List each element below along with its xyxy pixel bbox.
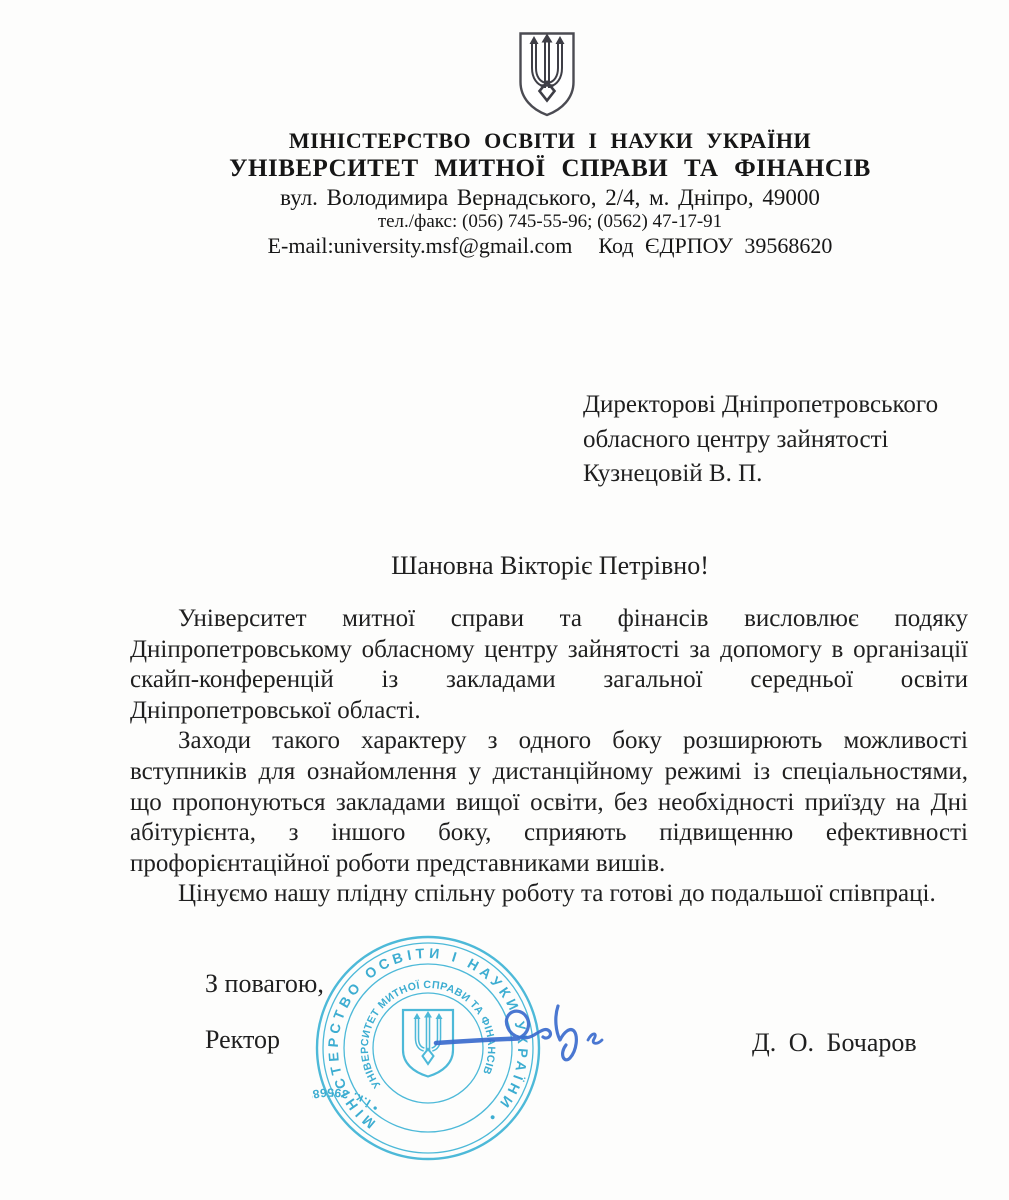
recipient-line-2: обласного центру зайнятості [583, 423, 973, 458]
email-edrpou-line: E-mail:university.msf@gmail.comКод ЄДРПО… [110, 233, 990, 259]
body-line: Цінуємо нашу плідну спільну роботу та го… [130, 879, 968, 910]
sender-title: Ректор [205, 1025, 280, 1055]
recipient-line-3: Кузнецовій В. П. [583, 457, 973, 492]
sender-name: Д. О. Бочаров [752, 1028, 917, 1058]
email-text: E-mail:university.msf@gmail.com [268, 233, 573, 258]
body-line: вступників для ознайомлення у дистанційн… [130, 757, 968, 788]
body-line: профорієнтаційної роботи представниками … [130, 849, 968, 880]
salutation: Шановна Вікторіє Петрівно! [130, 551, 970, 581]
body-line: Дніпропетровської області. [130, 696, 968, 727]
body-line: що пропонуються закладами вищої освіти, … [130, 788, 968, 819]
recipient-block: Директорові Дніпропетровського обласного… [583, 388, 973, 492]
university-name: УНІВЕРСИТЕТ МИТНОЇ СПРАВИ ТА ФІНАНСІВ [110, 154, 990, 184]
address-line: вул. Володимира Вернадського, 2/4, м. Дн… [110, 184, 990, 211]
signature-stroke-icon [430, 990, 625, 1080]
body-line: абітурієнта, з іншого боку, сприяють під… [130, 818, 968, 849]
valediction: З повагою, [205, 969, 324, 999]
rector-signature [430, 990, 625, 1080]
phone-fax-line: тел./факс: (056) 745-55-96; (0562) 47-17… [110, 211, 990, 233]
letterhead: МІНІСТЕРСТВО ОСВІТИ І НАУКИ УКРАЇНИ УНІВ… [110, 128, 990, 259]
body-line: Заходи такого характеру з одного боку ро… [130, 726, 968, 757]
body-line: Дніпропетровському обласному центру зайн… [130, 635, 968, 666]
body-line: скайп-конференцій із закладами загальної… [130, 665, 968, 696]
body-line: Університет митної справи та фінансів ви… [130, 604, 968, 635]
ministry-name: МІНІСТЕРСТВО ОСВІТИ І НАУКИ УКРАЇНИ [110, 128, 990, 154]
letter-body: Університет митної справи та фінансів ви… [130, 604, 968, 910]
recipient-line-1: Директорові Дніпропетровського [583, 388, 973, 423]
trident-shield-icon [517, 30, 577, 120]
edrpou-code: Код ЄДРПОУ 39568620 [598, 233, 832, 258]
ukraine-trident-emblem [517, 30, 577, 120]
